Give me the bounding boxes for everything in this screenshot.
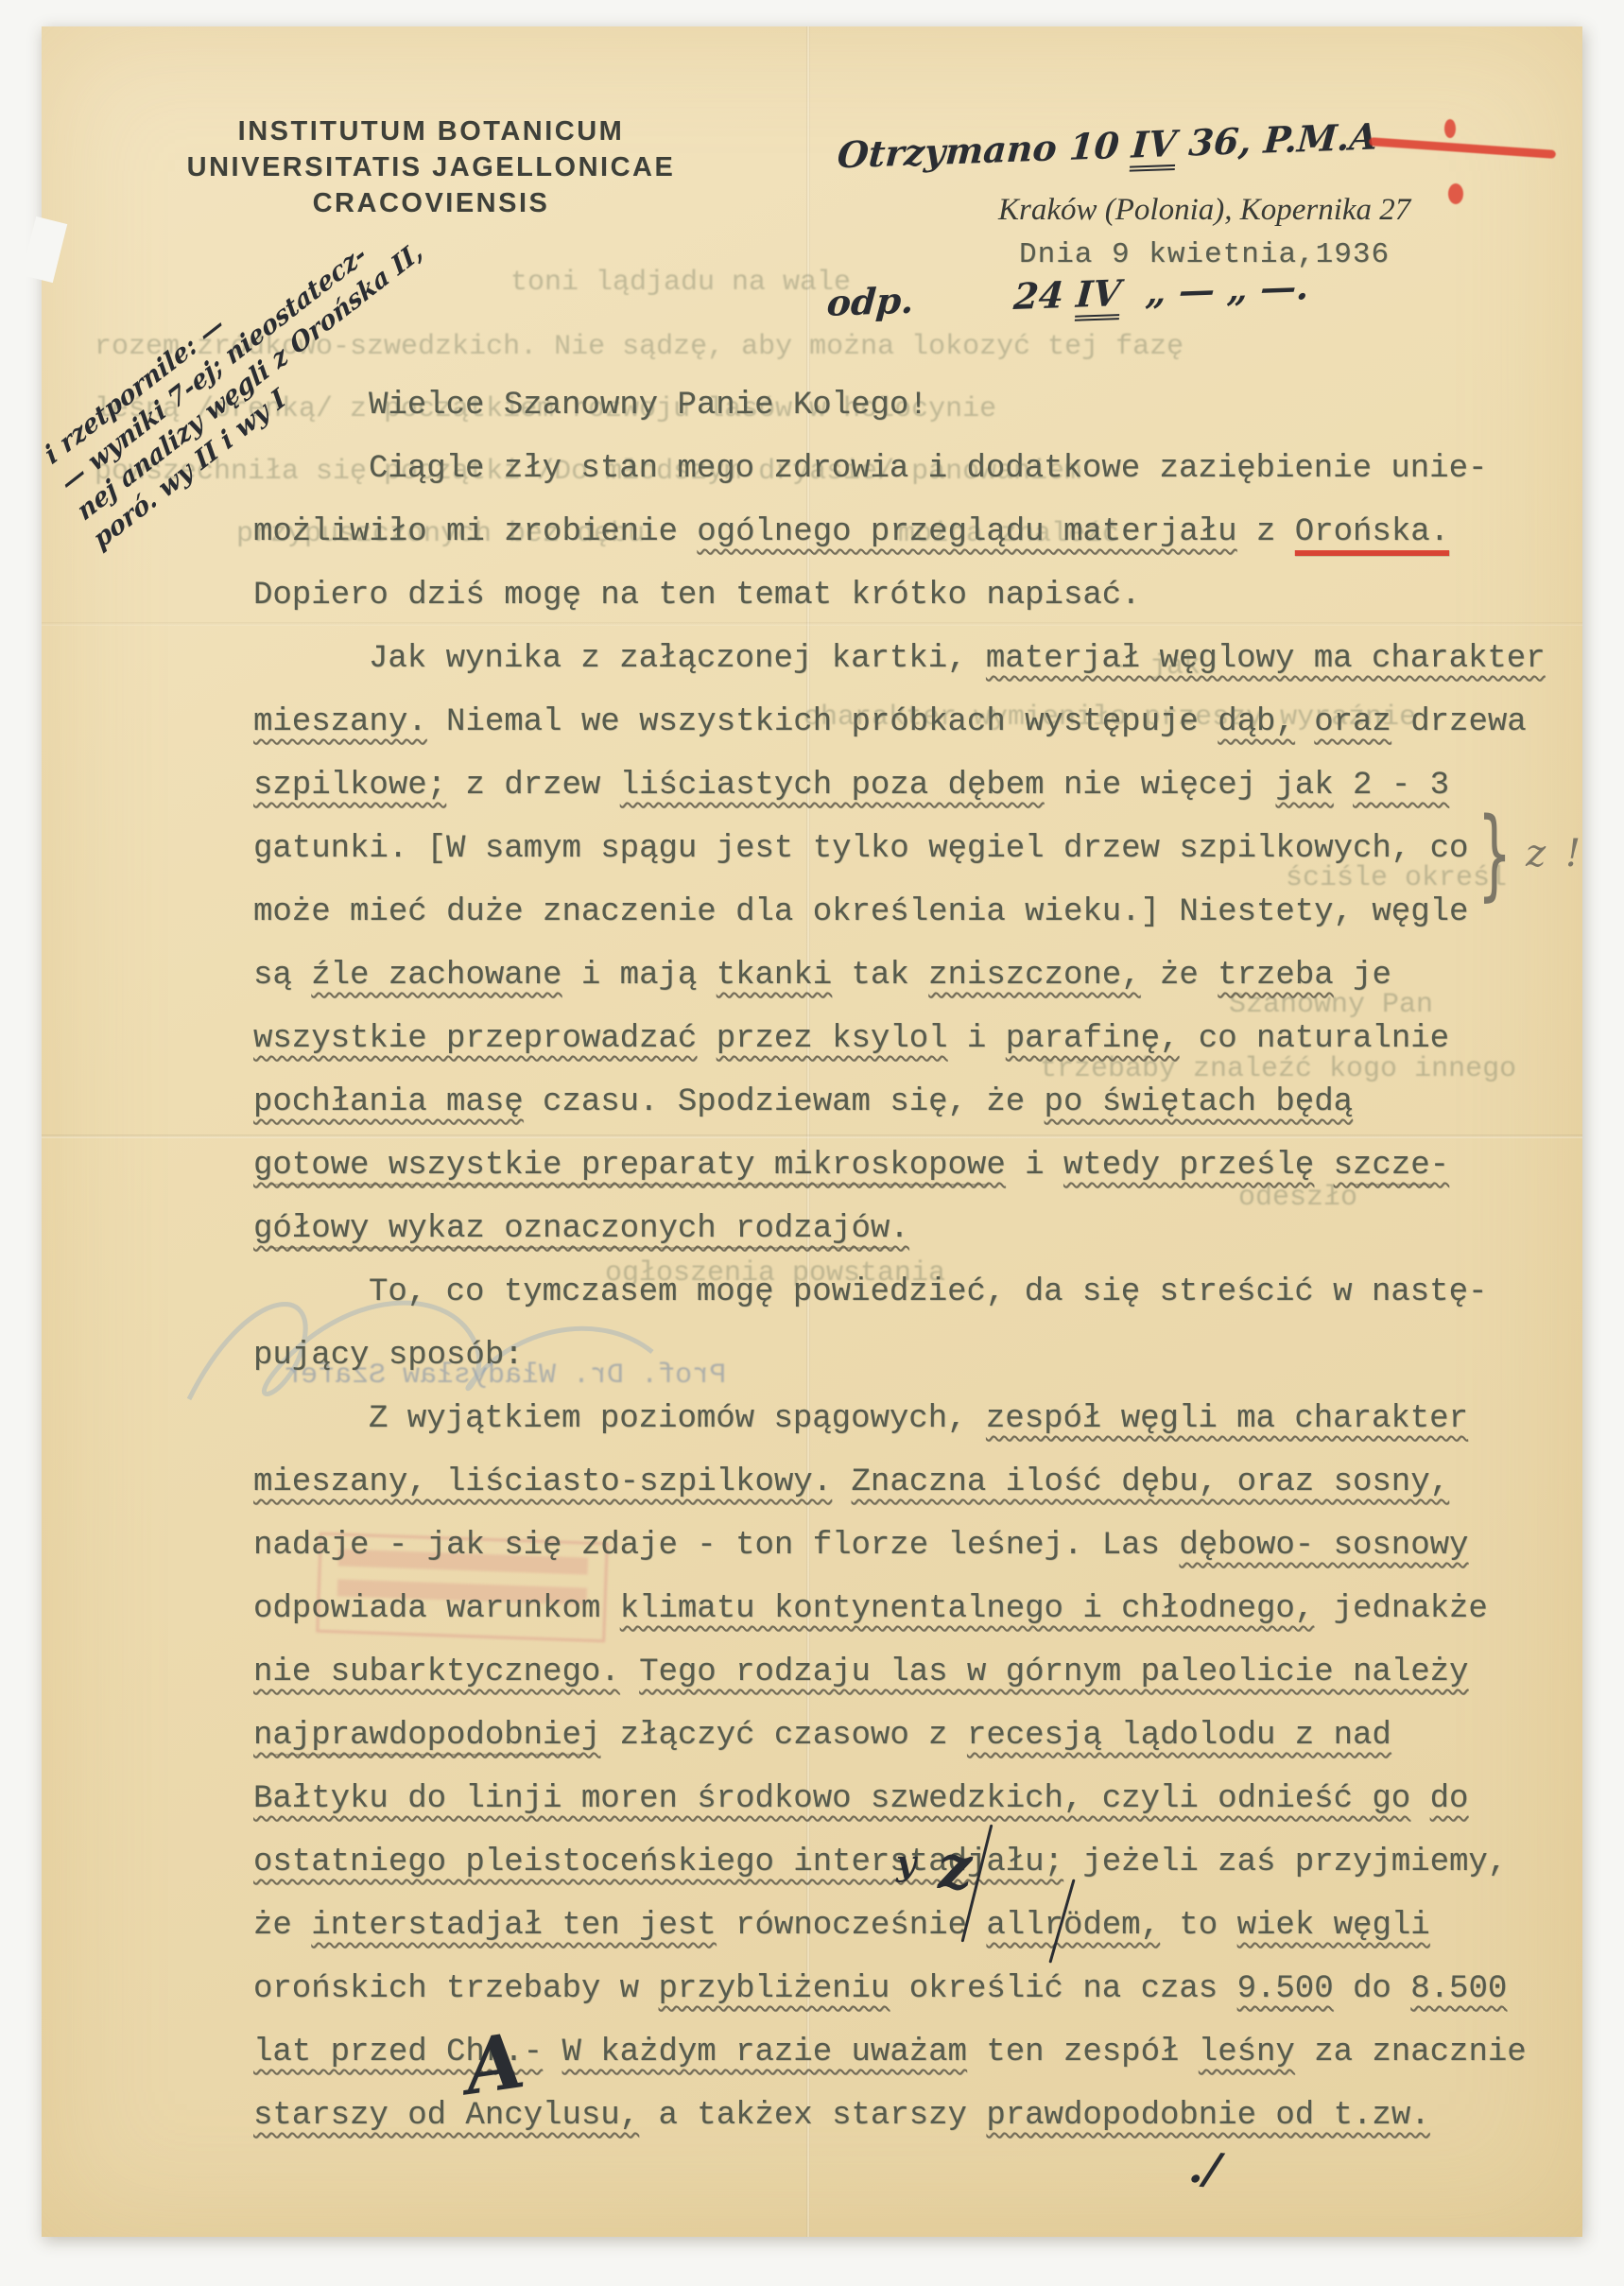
ghost-bleed-text: toni lądjadu na wale [510, 267, 851, 299]
typed-segment: jednakże [1314, 1591, 1488, 1627]
typed-segment [1334, 768, 1353, 804]
typed-segment: gatunki. [W samym spągu jest tylko węgie… [253, 831, 1468, 867]
typed-segment: i mają [561, 958, 716, 994]
typed-segment-underlined: do [1430, 1781, 1469, 1817]
red-crayon-dot [1444, 119, 1456, 138]
typed-line: gatunki. [W samym spągu jest tylko węgie… [253, 818, 1577, 881]
typed-segment: jeżeli zaś przyjmiemy, [1063, 1844, 1507, 1880]
typed-segment-underlined: allrödem, [986, 1908, 1160, 1944]
typed-line: są źle zachowane i mają tkanki tak znisz… [253, 944, 1577, 1008]
typed-line: Wielce Szanowny Panie Kolego! [253, 374, 1577, 438]
typed-segment: a takżex starszy [639, 2098, 986, 2134]
typed-line: Dopiero dziś mogę na ten temat krótko na… [253, 564, 1577, 628]
typed-line: najprawdopodobniej złączyć czasowo z rec… [253, 1705, 1577, 1768]
typed-segment: odpowiada warunkom [253, 1591, 620, 1627]
pencil-z-exclamation: z ! [1526, 832, 1584, 875]
typed-segment-underlined: oraz [1314, 704, 1391, 740]
typed-segment: Z wyjątkiem poziomów spągowych, [369, 1401, 986, 1437]
typed-segment: możliwiło mi zrobienie [253, 514, 697, 550]
typed-segment-underlined: interstadjał ten jest [311, 1908, 716, 1944]
typed-segment: Wielce Szanowny Panie Kolego! [369, 388, 928, 424]
typed-segment-underlined: mieszany, liściasto-szpilkowy. [253, 1464, 832, 1500]
typed-segment-underlined: klimatu kontynentalnego i chłodnego, [620, 1591, 1315, 1627]
bottom-ink-mark: ./ [1186, 2140, 1222, 2194]
typed-segment-underlined: zniszczone, [928, 958, 1140, 994]
typed-line: Z wyjątkiem poziomów spągowych, zespół w… [253, 1388, 1577, 1451]
received-note-line1: Otrzymano 10 IV 36, P.M.A [836, 112, 1379, 180]
typed-line: odpowiada warunkom klimatu kontynentalne… [253, 1578, 1577, 1641]
typed-segment: orońskich trzebaby w [253, 1971, 658, 2007]
typed-line: Jak wynika z załączonej kartki, materjał… [253, 628, 1577, 691]
typed-segment: że [1141, 958, 1218, 994]
typed-segment: Dopiero dziś mogę na ten temat krótko na… [253, 578, 1141, 614]
received-note-text: 36, P.M.A [1175, 114, 1379, 165]
roman-numeral-underlined: IV [1074, 271, 1122, 321]
alleroed-correction-y: y [896, 1844, 916, 1883]
typed-segment: i [1006, 1148, 1063, 1184]
roman-numeral-underlined: IV [1130, 122, 1178, 172]
letterhead-address: Kraków (Polonia), Kopernika 27 [998, 193, 1410, 228]
typed-segment-underlined: Orońska. [1295, 514, 1449, 550]
typed-segment: do [1334, 1971, 1411, 2007]
typed-segment: że [253, 1908, 311, 1944]
typed-segment-underlined: wszystkie przeprowadzać [253, 1021, 697, 1057]
typed-line: gółowy wykaz oznaczonych rodzajów. [253, 1198, 1577, 1261]
typed-segment: może mieć duże znaczenie dla określenia … [253, 894, 1468, 930]
typed-segment-underlined: Znaczna ilość dębu, oraz sosny, [852, 1464, 1450, 1500]
date-line: Dnia 9 kwietnia,1936 [1019, 238, 1390, 271]
typed-segment-underlined: W każdym razie uważam [561, 2035, 966, 2070]
typed-line: pujący sposób: [253, 1325, 1577, 1388]
typed-segment: Niemal we wszystkich próbkach występuje [427, 704, 1218, 740]
typed-segment: ten zespół [967, 2035, 1199, 2070]
typed-segment-underlined: przybliżeniu [658, 1971, 890, 2007]
typed-line: starszy od Ancylusu, a takżex starszy pr… [253, 2085, 1577, 2148]
typed-segment-underlined: szcze- [1334, 1148, 1449, 1184]
typed-segment-underlined: najprawdopodobniej [253, 1718, 600, 1754]
typed-segment: co naturalnie [1179, 1021, 1449, 1057]
ancylusu-correction-a: A [459, 2016, 530, 2112]
typed-line: szpilkowe; z drzew liściastych poza dębe… [253, 754, 1577, 818]
typed-line: gotowe wszystkie preparaty mikroskopowe … [253, 1134, 1577, 1198]
typed-segment [543, 2035, 561, 2070]
typed-segment-underlined: parafinę, [1006, 1021, 1180, 1057]
pencil-brace: } [1477, 796, 1512, 911]
typed-segment-underlined: szpilkowe; [253, 768, 446, 804]
typed-segment-underlined: pochłania masę [253, 1084, 524, 1120]
typed-segment-underlined: nie subarktycznego. [253, 1654, 620, 1690]
typed-line: może mieć duże znaczenie dla określenia … [253, 881, 1577, 944]
typed-segment-underlined: recesją lądolodu z nad [967, 1718, 1391, 1754]
typed-segment-underlined: wiek węgli [1237, 1908, 1430, 1944]
typed-segment: je [1334, 958, 1391, 994]
typed-segment: z drzew [446, 768, 620, 804]
typed-segment: czasu. Spodziewam się, że [524, 1084, 1045, 1120]
typed-segment [1295, 704, 1314, 740]
typed-segment-underlined: 2 - 3 [1353, 768, 1449, 804]
typed-segment-underlined: 8.500 [1410, 1971, 1507, 2007]
typed-segment-underlined: prawdopodobnie od t.zw. [986, 2098, 1429, 2134]
typed-segment-underlined: dąb, [1218, 704, 1295, 740]
letterhead: INSTITUTUM BOTANICUM UNIVERSITATIS JAGEL… [172, 113, 690, 221]
typed-segment: drzewa [1391, 704, 1527, 740]
typed-segment [1314, 1148, 1333, 1184]
typed-segment: nie więcej [1045, 768, 1276, 804]
typed-segment [697, 1021, 716, 1057]
typed-segment: równocześnie [717, 1908, 987, 1944]
typed-line: nie subarktycznego. Tego rodzaju las w g… [253, 1641, 1577, 1705]
margin-note-right: } z ! [1463, 796, 1584, 911]
typed-segment-underlined: po świętach będą [1045, 1084, 1353, 1120]
letterhead-line1: INSTITUTUM BOTANICUM [172, 113, 690, 149]
typed-segment-underlined: trzeba [1218, 958, 1333, 994]
typed-segment [832, 1464, 851, 1500]
typed-line: Bałtyku do linji moren środkowo szwedzki… [253, 1768, 1577, 1831]
typed-segment: pujący sposób: [253, 1338, 524, 1374]
typed-line: pochłania masę czasu. Spodziewam się, że… [253, 1071, 1577, 1134]
typed-segment-underlined: tkanki [717, 958, 832, 994]
typed-line: mieszany. Niemal we wszystkich próbkach … [253, 691, 1577, 754]
typed-segment: określić na czas [890, 1971, 1236, 2007]
typed-segment: to [1160, 1908, 1237, 1944]
received-note-text: „ — „ —. [1119, 265, 1310, 314]
typed-segment-underlined: starszy od Ancylusu, [253, 2098, 639, 2134]
typed-segment-underlined: Tego rodzaju las w górnym paleolicie nal… [639, 1654, 1468, 1690]
typed-line: że interstadjał ten jest równocześnie al… [253, 1895, 1577, 1958]
typed-segment-underlined: przez ksylol [717, 1021, 948, 1057]
red-crayon-dot [1448, 183, 1463, 204]
typed-segment: za znacznie [1295, 2035, 1527, 2070]
typed-segment [1410, 1781, 1429, 1817]
letterhead-line3: CRACOVIENSIS [172, 185, 690, 221]
typed-segment: z [1237, 514, 1295, 550]
typed-segment-underlined: wtedy prześlę [1063, 1148, 1314, 1184]
typed-segment-underlined: dębowo- sosnowy [1179, 1528, 1468, 1564]
typed-segment: nadaje - jak się zdaje - ton florze leśn… [253, 1528, 1179, 1564]
typed-segment: Ciągle zły stan mego zdrowia i dodatkowe… [369, 451, 1487, 487]
typed-segment: To, co tymczasem mogę powiedzieć, da się… [369, 1274, 1487, 1310]
typed-segment: i [948, 1021, 1006, 1057]
typed-segment-underlined: źle zachowane [311, 958, 561, 994]
typed-segment-underlined: materjał węglowy ma charakter [986, 641, 1546, 677]
typed-line: orońskich trzebaby w przybliżeniu określ… [253, 1958, 1577, 2021]
received-note-text: Otrzymano 10 [836, 123, 1132, 176]
alleroed-correction-z: z [938, 1832, 972, 1903]
typed-segment: tak [832, 958, 928, 994]
typed-segment-underlined: liściastych poza dębem [620, 768, 1045, 804]
typed-segment-underlined: jak [1275, 768, 1333, 804]
typed-line: wszystkie przeprowadzać przez ksylol i p… [253, 1008, 1577, 1071]
typed-segment-underlined: Bałtyku do linji moren środkowo szwedzki… [253, 1781, 1410, 1817]
typed-line: Ciągle zły stan mego zdrowia i dodatkowe… [253, 438, 1577, 501]
typed-segment: są [253, 958, 311, 994]
typed-segment-underlined: gotowe wszystkie preparaty mikroskopowe [253, 1148, 1006, 1184]
typed-line: nadaje - jak się zdaje - ton florze leśn… [253, 1515, 1577, 1578]
typed-line: lat przed Chr.- W każdym razie uważam te… [253, 2021, 1577, 2085]
typed-segment-underlined: mieszany. [253, 704, 427, 740]
typed-segment-underlined: zespół węgli ma charakter [986, 1401, 1468, 1437]
typed-segment-underlined: ogólnego przeglądu materjału [697, 514, 1236, 550]
typed-segment-underlined: 9.500 [1237, 1971, 1334, 2007]
typed-line: możliwiło mi zrobienie ogólnego przegląd… [253, 501, 1577, 564]
typed-line: To, co tymczasem mogę powiedzieć, da się… [253, 1261, 1577, 1325]
received-note-text: odp. 24 [825, 273, 1078, 324]
typed-segment-underlined: gółowy wykaz oznaczonych rodzajów. [253, 1211, 909, 1247]
typed-line: mieszany, liściasto-szpilkowy. Znaczna i… [253, 1451, 1577, 1515]
typed-segment-underlined: leśny [1199, 2035, 1295, 2070]
typed-segment: złączyć czasowo z [600, 1718, 967, 1754]
typed-segment: Jak wynika z załączonej kartki, [369, 641, 986, 677]
typed-segment [620, 1654, 639, 1690]
letterhead-line2: UNIVERSITATIS JAGELLONICAE [172, 149, 690, 185]
